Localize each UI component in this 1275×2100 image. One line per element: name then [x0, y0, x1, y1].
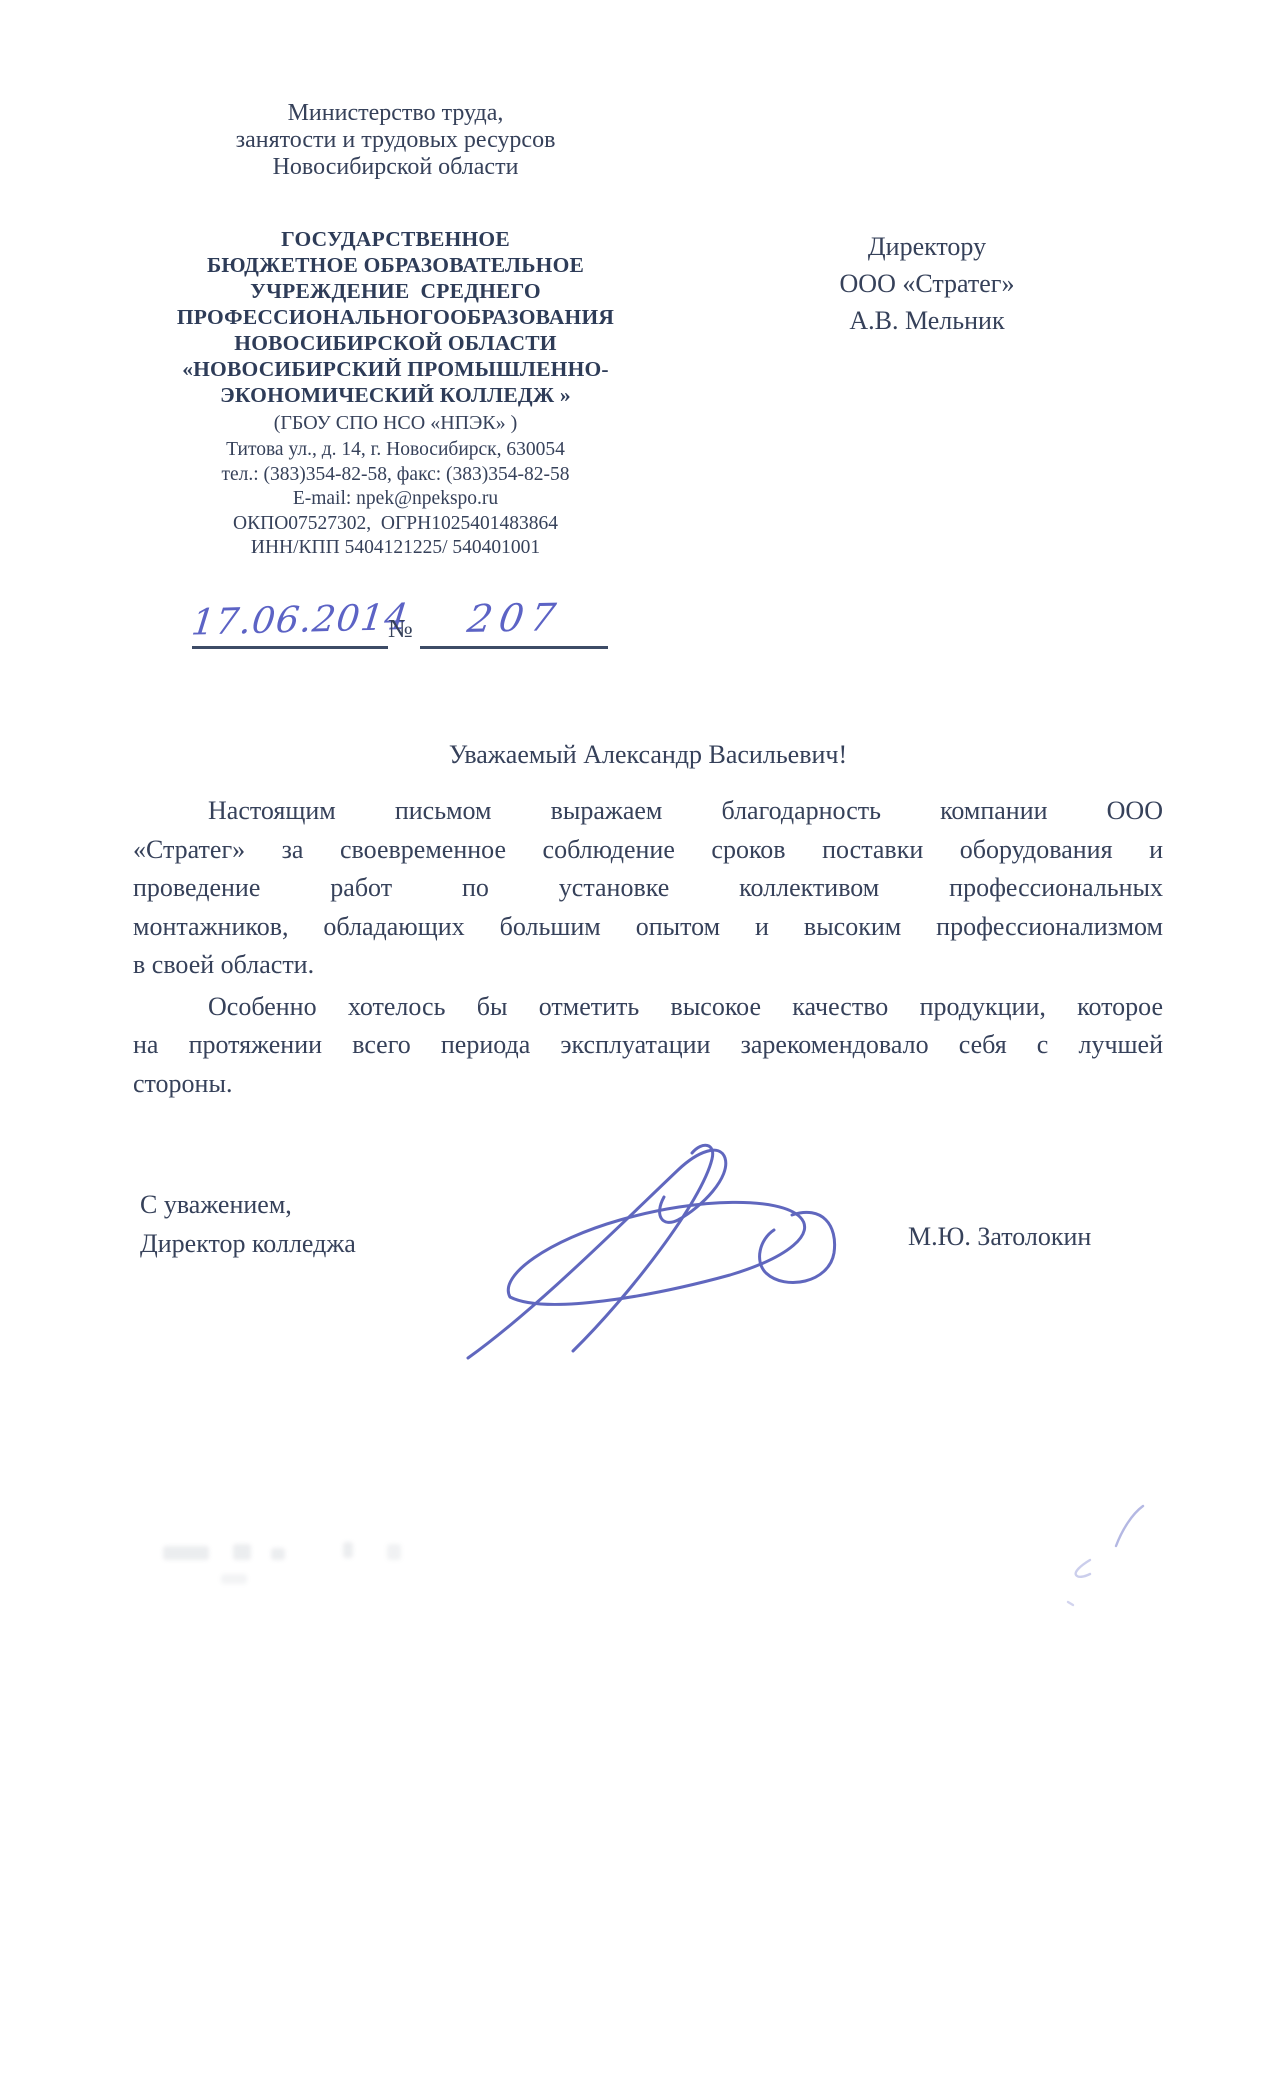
recipient-name: А.В. Мельник	[792, 302, 1062, 339]
ministry-line: Министерство труда,	[158, 100, 633, 127]
smudge-spot	[343, 1542, 353, 1558]
org-name-line: ГОСУДАРСТВЕННОЕ	[158, 226, 633, 252]
recipient-block: Директору ООО «Стратег» А.В. Мельник	[792, 228, 1062, 339]
ministry-block: Министерство труда, занятости и трудовых…	[158, 100, 633, 181]
body-paragraph: Особенно хотелось бы отметить высокое ка…	[133, 988, 1163, 1104]
body-line: стороны.	[133, 1065, 1163, 1104]
body-line: Особенно хотелось бы отметить высокое ка…	[133, 988, 1163, 1027]
number-underline	[420, 646, 608, 649]
smudge-spot	[221, 1574, 247, 1584]
contact-line-email: E-mail: npek@npekspo.ru	[158, 487, 633, 512]
pen-mark	[1040, 1478, 1180, 1618]
org-name-line: ЭКОНОМИЧЕСКИЙ КОЛЛЕДЖ »	[158, 382, 633, 408]
letter-page: Министерство труда, занятости и трудовых…	[0, 0, 1275, 2100]
body-line: монтажников, обладающих большим опытом и…	[133, 908, 1163, 947]
smudge-spot	[387, 1544, 401, 1560]
signer-name: М.Ю. Затолокин	[908, 1222, 1091, 1252]
closing-position: Директор колледжа	[140, 1229, 356, 1259]
org-name-line: БЮДЖЕТНОЕ ОБРАЗОВАТЕЛЬНОЕ	[158, 252, 633, 278]
org-abbreviation-line: (ГБОУ СПО НСО «НПЭК» )	[158, 410, 633, 436]
contacts-block: Титова ул., д. 14, г. Новосибирск, 63005…	[158, 438, 633, 561]
body-line: в своей области.	[133, 946, 1163, 985]
body-line: проведение работ по установке коллективо…	[133, 869, 1163, 908]
body-paragraph: Настоящим письмом выражаем благодарность…	[133, 792, 1163, 985]
letter-body: Настоящим письмом выражаем благодарность…	[133, 792, 1163, 1103]
body-line: на протяжении всего периода эксплуатации…	[133, 1026, 1163, 1065]
smudge-spot	[163, 1546, 209, 1560]
handwritten-date: 17.06.2014	[189, 597, 394, 643]
body-line: «Стратег» за своевременное соблюдение ср…	[133, 831, 1163, 870]
org-name-line: УЧРЕЖДЕНИЕ СРЕДНЕГО	[158, 278, 633, 304]
org-name-line: ПРОФЕССИОНАЛЬНОГООБРАЗОВАНИЯ	[158, 304, 633, 330]
signature-flourish	[440, 1125, 840, 1395]
ministry-line: занятости и трудовых ресурсов	[158, 127, 633, 154]
smudge-spot	[271, 1548, 285, 1560]
org-name-line: «НОВОСИБИРСКИЙ ПРОМЫШЛЕННО-	[158, 356, 633, 382]
smudge-spot	[233, 1544, 251, 1560]
letterhead: Министерство труда, занятости и трудовых…	[158, 100, 633, 561]
closing-regards: С уважением,	[140, 1190, 292, 1220]
ministry-line: Новосибирской области	[158, 154, 633, 181]
org-name-line: НОВОСИБИРСКОЙ ОБЛАСТИ	[158, 330, 633, 356]
contact-line-inn-kpp: ИНН/КПП 5404121225/ 540401001	[158, 536, 633, 561]
salutation: Уважаемый Александр Васильевич!	[133, 740, 1163, 770]
contact-line-address: Титова ул., д. 14, г. Новосибирск, 63005…	[158, 438, 633, 463]
recipient-title: Директору	[792, 228, 1062, 265]
handwritten-number: 207	[426, 595, 603, 642]
date-underline	[192, 646, 388, 649]
recipient-company: ООО «Стратег»	[792, 265, 1062, 302]
contact-line-okpo-ogrn: ОКПО07527302, ОГРН1025401483864	[158, 512, 633, 537]
contact-line-phone: тел.: (383)354-82-58, факс: (383)354-82-…	[158, 463, 633, 488]
number-sign: №	[388, 614, 413, 644]
stamp-smudge	[155, 1540, 445, 1590]
body-line: Настоящим письмом выражаем благодарность…	[133, 792, 1163, 831]
organization-name-block: ГОСУДАРСТВЕННОЕ БЮДЖЕТНОЕ ОБРАЗОВАТЕЛЬНО…	[158, 226, 633, 408]
